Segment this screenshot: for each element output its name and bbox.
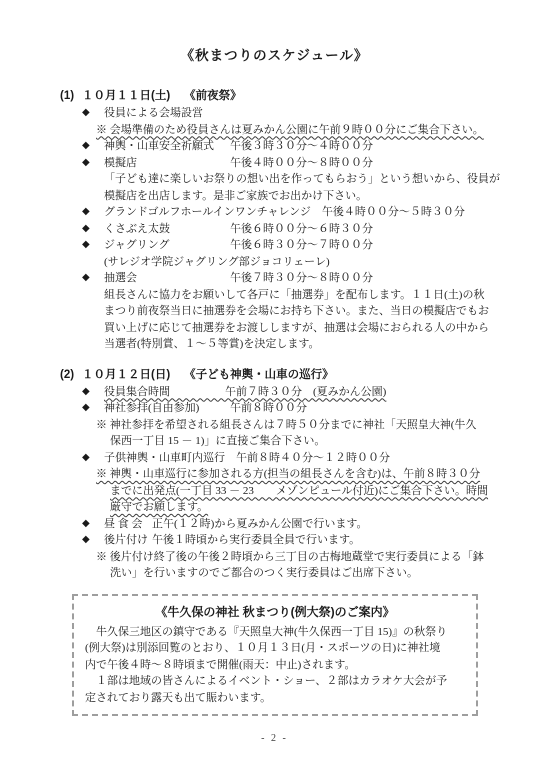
item-time: 午後３時３０分～４時００分 bbox=[230, 138, 373, 155]
item-taiko: ◆くさぶえ太鼓午後６時００分～６時３０分 bbox=[0, 221, 549, 238]
section-2-heading: (2)１０月１２日(日)《子ども神輿・山車の巡行》 bbox=[0, 367, 549, 384]
box-line: 内で午後４時～８時頃まで開催(雨天：中止)されます。 bbox=[85, 657, 465, 674]
section-2-date: １０月１２日(日) bbox=[82, 369, 170, 381]
item-label-time-wavy: 役員集合時間 午前７時３０分 (夏みかん公園) bbox=[104, 384, 386, 401]
item-golf-challenge: ◆グランドゴルフホールインワンチャレンジ 午後４時００分～５時３０分 bbox=[0, 204, 549, 221]
bullet-diamond-icon: ◆ bbox=[82, 384, 104, 401]
body-line: (サレジオ学院ジャグリング部ジョコリェーレ) bbox=[0, 254, 549, 271]
page-title: 《秋まつりのスケジュール》 bbox=[0, 46, 549, 66]
bullet-diamond-icon: ◆ bbox=[82, 516, 104, 533]
note-line: ※ 後片付け終了後の午後２時頃から三丁目の古梅地蔵堂で実行委員による「鉢 bbox=[0, 549, 549, 566]
item-label: 抽選会 bbox=[104, 270, 230, 287]
item-label: 昼 食 会 bbox=[104, 516, 152, 533]
info-box-title: 《牛久保の神社 秋まつり(例大祭)のご案内》 bbox=[85, 603, 465, 622]
item-time: 午後６時３０分～７時００分 bbox=[230, 237, 373, 254]
item-time: 正午(１２時)から夏みかん公園で行います。 bbox=[152, 516, 367, 533]
bullet-diamond-icon: ◆ bbox=[82, 105, 104, 122]
bullet-diamond-icon: ◆ bbox=[82, 221, 104, 238]
item-label-time: 子供神輿・山車町内巡行 午前８時４０分～１２時００分 bbox=[104, 450, 390, 467]
section-2-number: (2) bbox=[60, 367, 82, 384]
body-line: 模擬店を出店します。是非ご家族でお出かけ下さい。 bbox=[0, 188, 549, 205]
note-line: ※ 会場準備のため役員さんは夏みかん公園に午前９時００分にご集合下さい。 bbox=[0, 122, 549, 139]
body-line: 組長さんに協力をお願いして各戸に「抽選券」を配布します。１１日(土)の秋 bbox=[0, 287, 549, 304]
item-time: 午後１時頃から実行委員全員で行います。 bbox=[152, 532, 360, 549]
section-1-number: (1) bbox=[60, 88, 82, 105]
document-content: 《秋まつりのスケジュール》 (1)１０月１１日(土)《前夜祭》 ◆役員による会場… bbox=[0, 0, 549, 716]
item-time: 午後６時００分～６時３０分 bbox=[230, 221, 373, 238]
item-label: 模擬店 bbox=[104, 155, 230, 172]
item-assembly-time: ◆役員集合時間 午前７時３０分 (夏みかん公園) bbox=[0, 384, 549, 401]
bullet-diamond-icon: ◆ bbox=[82, 204, 104, 221]
box-line: (例大祭)は別添回覧のとおり、１０月１３日(月・スポーツの日)に神社境 bbox=[85, 640, 465, 657]
bullet-diamond-icon: ◆ bbox=[82, 532, 104, 549]
item-food-stalls: ◆模擬店午後４時００分～８時００分 bbox=[0, 155, 549, 172]
item-lottery: ◆抽選会午後７時３０分～８時００分 bbox=[0, 270, 549, 287]
bullet-diamond-icon: ◆ bbox=[82, 155, 104, 172]
section-2-name: 《子ども神輿・山車の巡行》 bbox=[184, 369, 334, 381]
bullet-diamond-icon: ◆ bbox=[82, 138, 104, 155]
bullet-diamond-icon: ◆ bbox=[82, 400, 104, 417]
body-line: 買い上げに応じて抽選券をお渡ししますが、抽選は会場におられる人の中から bbox=[0, 320, 549, 337]
item-label: くさぶえ太鼓 bbox=[104, 221, 230, 238]
item-cleanup: ◆後片付け午後１時頃から実行委員全員で行います。 bbox=[0, 532, 549, 549]
section-1-heading: (1)１０月１１日(土)《前夜祭》 bbox=[0, 88, 549, 105]
section-1-name: 《前夜祭》 bbox=[184, 90, 242, 102]
item-juggling: ◆ジャグリング午後６時３０分～７時００分 bbox=[0, 237, 549, 254]
item-time: 午後４時００分～８時００分 bbox=[230, 155, 373, 172]
body-line: 当選者(特別賞、１～５等賞)を決定します。 bbox=[0, 336, 549, 353]
section-1-date: １０月１１日(土) bbox=[82, 90, 170, 102]
note-text-wavy: 厳守でお願します。 bbox=[110, 501, 208, 513]
note-line: までに出発点(一丁目 33 － 23 メゾンピュール付近)にご集合下さい。時間 bbox=[0, 483, 549, 500]
note-text-wavy: までに出発点(一丁目 33 － 23 メゾンピュール付近)にご集合下さい。時間 bbox=[110, 485, 488, 497]
item-label: ジャグリング bbox=[104, 237, 230, 254]
item-mikoshi-parade: ◆子供神輿・山車町内巡行 午前８時４０分～１２時００分 bbox=[0, 450, 549, 467]
page-number: - 2 - bbox=[0, 731, 549, 748]
bullet-diamond-icon: ◆ bbox=[82, 237, 104, 254]
item-time: 午後７時３０分～８時００分 bbox=[230, 270, 373, 287]
item-venue-setup: ◆役員による会場設営 bbox=[0, 105, 549, 122]
item-label: 神輿・山車安全祈願式 bbox=[104, 138, 230, 155]
item-safety-ceremony: ◆神輿・山車安全祈願式午後３時３０分～４時００分 bbox=[0, 138, 549, 155]
box-line: 定されており露天も出て賑わいます。 bbox=[85, 690, 465, 707]
item-lunch: ◆昼 食 会正午(１２時)から夏みかん公園で行います。 bbox=[0, 516, 549, 533]
note-line: 洗い」を行いますのでご都合のつく実行委員はご出席下さい。 bbox=[0, 565, 549, 582]
item-label-time: グランドゴルフホールインワンチャレンジ 午後４時００分～５時３０分 bbox=[104, 204, 465, 221]
info-box: 《牛久保の神社 秋まつり(例大祭)のご案内》 牛久保三地区の鎮守である『天照皇大… bbox=[72, 594, 478, 717]
note-line: 保西一丁目 15 － 1)」に直接ご集合下さい。 bbox=[0, 433, 549, 450]
body-line: まつり前夜祭当日に抽選券を会場にお持ち下さい。また、当日の模擬店でもお bbox=[0, 303, 549, 320]
bullet-diamond-icon: ◆ bbox=[82, 450, 104, 467]
item-label: 神社参拝(自由参加) bbox=[104, 400, 230, 417]
box-line: 牛久保三地区の鎮守である『天照皇大神(牛久保西一丁目 15)』の秋祭り bbox=[85, 624, 465, 641]
box-line: １部は地域の皆さんによるイベント・ショー、２部はカラオケ大会が予 bbox=[85, 673, 465, 690]
note-line: ※ 神社参拝を希望される組長さんは７時５０分までに神社「天照皇大神(牛久 bbox=[0, 417, 549, 434]
item-label: 役員による会場設営 bbox=[104, 105, 203, 122]
document-page: 《秋まつりのスケジュール》 (1)１０月１１日(土)《前夜祭》 ◆役員による会場… bbox=[0, 0, 549, 776]
item-shrine-visit: ◆神社参拝(自由参加)午前８時００分 bbox=[0, 400, 549, 417]
note-text-wavy: ※ 神輿・山車巡行に参加される方(担当の組長さんを含む)は、午前８時３０分 bbox=[96, 468, 480, 480]
note-line: ※ 神輿・山車巡行に参加される方(担当の組長さんを含む)は、午前８時３０分 bbox=[0, 466, 549, 483]
note-line: 厳守でお願します。 bbox=[0, 499, 549, 516]
item-time: 午前８時００分 bbox=[230, 400, 307, 417]
bullet-diamond-icon: ◆ bbox=[82, 270, 104, 287]
body-line: 「子ども達に楽しいお祭りの想い出を作ってもらおう」という想いから、役員が bbox=[0, 171, 549, 188]
item-label: 後片付け bbox=[104, 532, 152, 549]
note-text-wavy: ※ 会場準備のため役員さんは夏みかん公園に午前９時００分にご集合下さい。 bbox=[96, 124, 484, 136]
